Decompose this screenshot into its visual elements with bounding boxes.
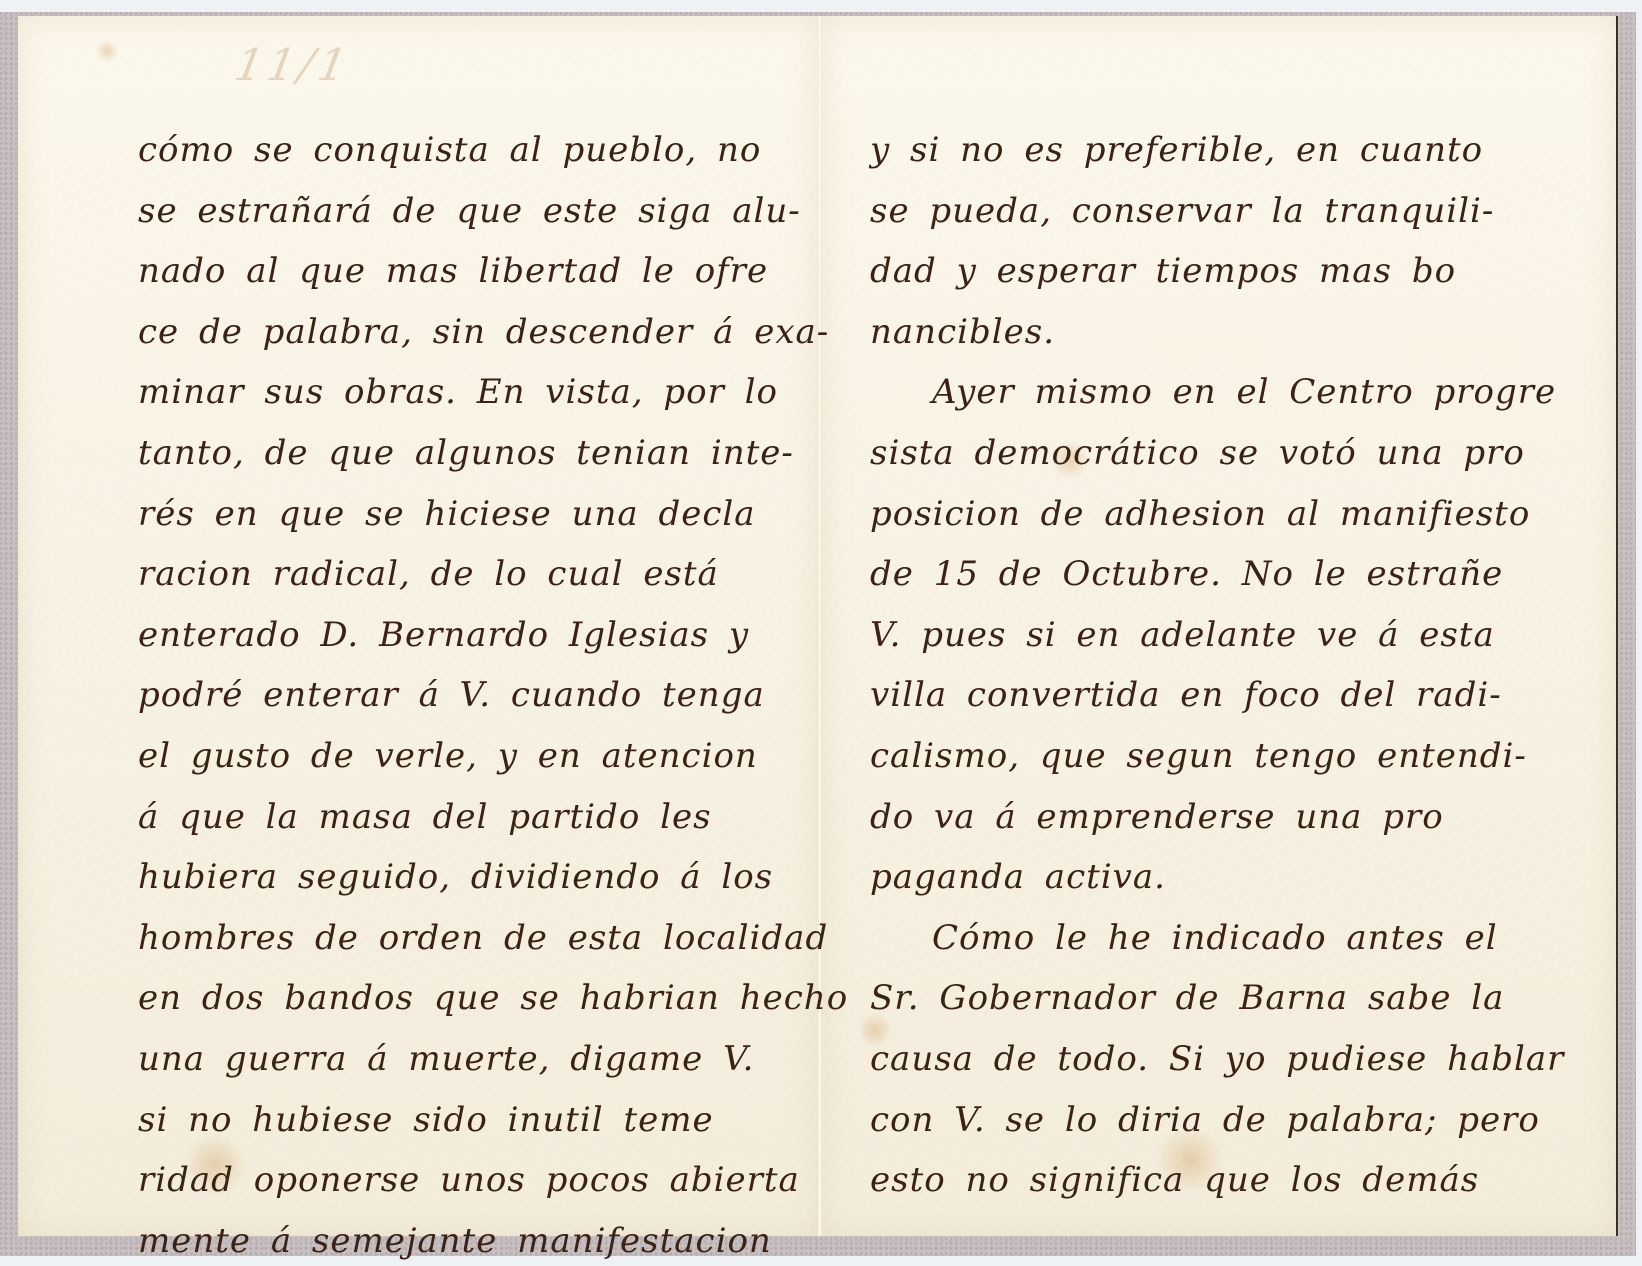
text-line: sista democrático se votó una pro xyxy=(870,423,1560,484)
text-line: dad y esperar tiempos mas bo xyxy=(870,241,1560,302)
text-line: si no hubiese sido inutil teme xyxy=(138,1090,798,1151)
text-line: minar sus obras. En vista, por lo xyxy=(138,362,798,423)
text-line: de 15 de Octubre. No le estrañe xyxy=(870,544,1560,605)
text-line: con V. se lo diria de palabra; pero xyxy=(870,1090,1560,1151)
text-line: podré enterar á V. cuando tenga xyxy=(138,665,798,726)
text-line: hubiera seguido, dividiendo á los xyxy=(138,847,798,908)
text-line: hombres de orden de esta localidad xyxy=(138,908,798,969)
paragraph-start-line: Ayer mismo en el Centro progre xyxy=(870,362,1560,423)
text-line: á que la masa del partido les xyxy=(138,787,798,848)
text-line: ce de palabra, sin descender á exa- xyxy=(138,302,798,363)
right-page-text: y si no es preferible, en cuanto se pued… xyxy=(870,120,1560,1211)
text-line: do va á emprenderse una pro xyxy=(870,787,1560,848)
text-line: ridad oponerse unos pocos abierta xyxy=(138,1150,798,1211)
text-line: y si no es preferible, en cuanto xyxy=(870,120,1560,181)
text-line: calismo, que segun tengo entendi- xyxy=(870,726,1560,787)
text-line: mente á semejante manifestacion xyxy=(138,1211,798,1266)
text-line: V. pues si en adelante ve á esta xyxy=(870,605,1560,666)
text-line: se estrañará de que este siga alu- xyxy=(138,181,798,242)
text-line: nado al que mas libertad le ofre xyxy=(138,241,798,302)
text-line: una guerra á muerte, digame V. xyxy=(138,1029,798,1090)
text-line: el gusto de verle, y en atencion xyxy=(138,726,798,787)
text-line: villa convertida en foco del radi- xyxy=(870,665,1560,726)
text-line: paganda activa. xyxy=(870,847,1560,908)
text-line: causa de todo. Si yo pudiese hablar xyxy=(870,1029,1560,1090)
text-line: racion radical, de lo cual está xyxy=(138,544,798,605)
text-line: nancibles. xyxy=(870,302,1560,363)
text-line: tanto, de que algunos tenian inte- xyxy=(138,423,798,484)
text-line: cómo se conquista al pueblo, no xyxy=(138,120,798,181)
margin-annotation: 11/1 xyxy=(226,40,359,91)
center-fold xyxy=(818,16,822,1236)
text-line: se pueda, conservar la tranquili- xyxy=(870,181,1560,242)
text-line: Sr. Gobernador de Barna sabe la xyxy=(870,968,1560,1029)
text-line: enterado D. Bernardo Iglesias y xyxy=(138,605,798,666)
paper-stain xyxy=(95,40,119,62)
left-page-text: cómo se conquista al pueblo, no se estra… xyxy=(138,120,798,1266)
text-line: posicion de adhesion al manifiesto xyxy=(870,484,1560,545)
paragraph-start-line: Cómo le he indicado antes el xyxy=(870,908,1560,969)
text-line: en dos bandos que se habrian hecho xyxy=(138,968,798,1029)
text-line: rés en que se hiciese una decla xyxy=(138,484,798,545)
text-line: esto no significa que los demás xyxy=(870,1150,1560,1211)
